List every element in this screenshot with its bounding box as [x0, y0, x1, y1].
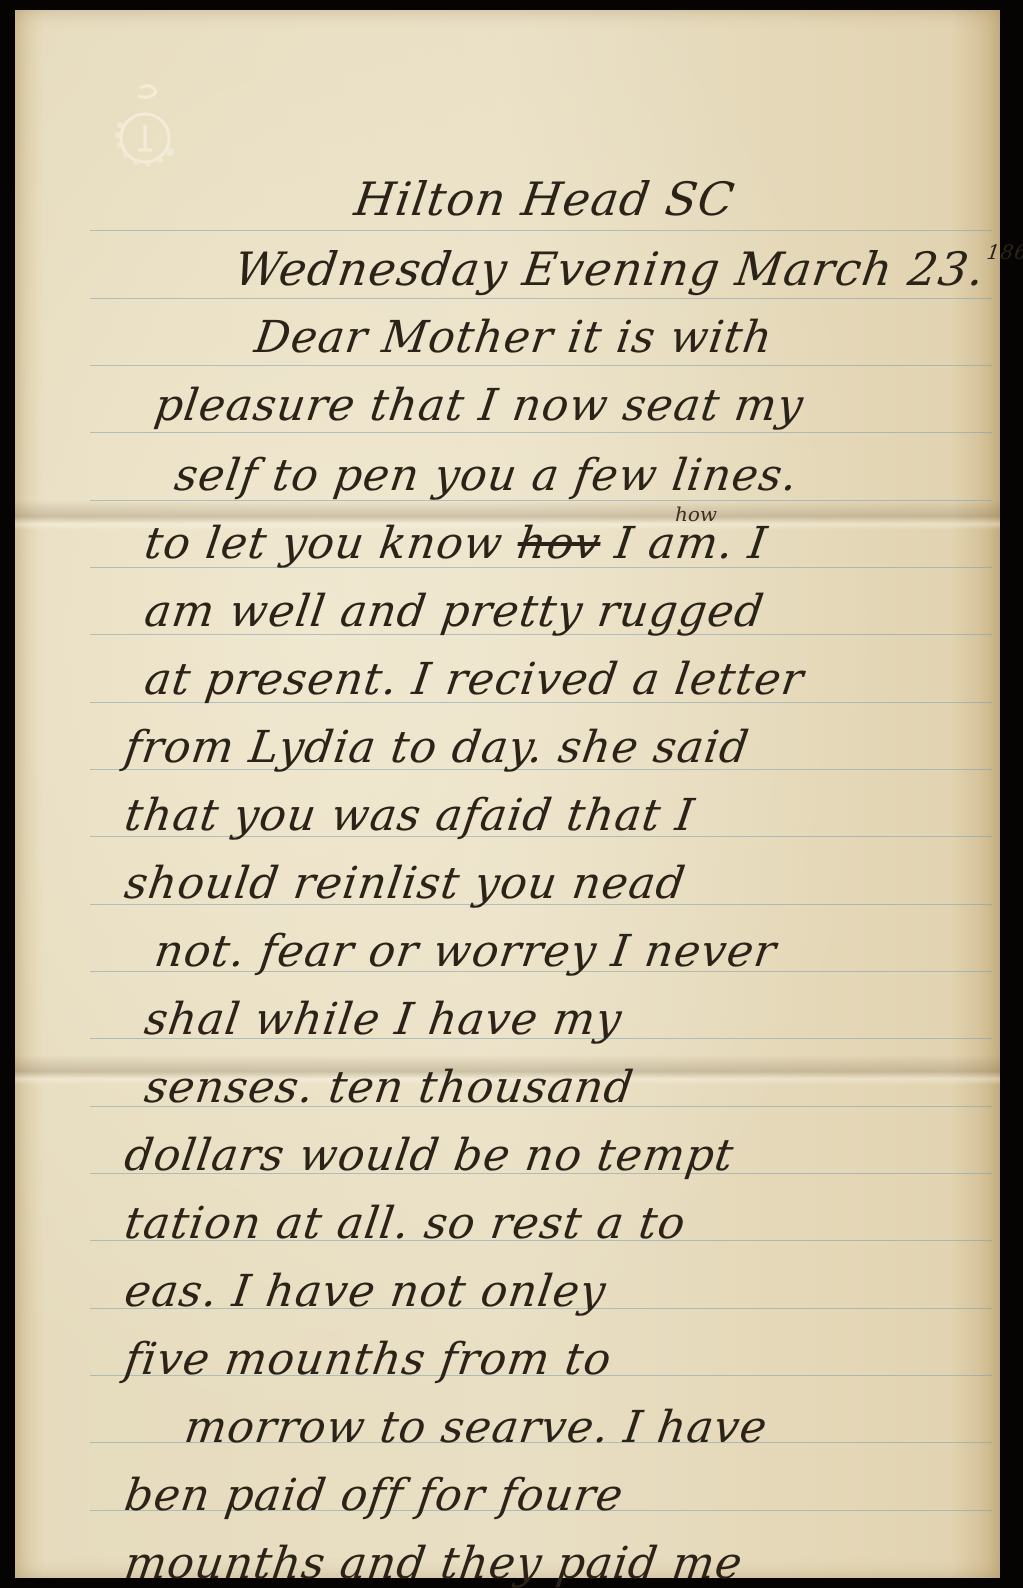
letter-line-text: to let you know: [141, 518, 506, 569]
letter-line: dollars would be no tempt: [121, 1130, 737, 1181]
letter-line: eas. I have not onley: [121, 1266, 609, 1317]
ruled-line: [90, 365, 992, 366]
letter-line: pleasure that I now seat my: [151, 380, 807, 431]
letter-line: shal while I have my: [141, 994, 625, 1045]
letter-date: Wednesday Evening March 23.: [231, 242, 988, 296]
letter-date-line: Wednesday Evening March 23.1864: [231, 242, 1023, 296]
letter-year: 1864: [985, 240, 1023, 264]
letter-line: am well and pretty rugged: [141, 586, 767, 637]
ruled-line: [90, 298, 992, 299]
letter-page: Hilton Head SC Wednesday Evening March 2…: [15, 10, 1000, 1578]
insertion-above-line: how: [675, 502, 717, 526]
embossed-seal-icon: [100, 80, 190, 180]
letter-line: tation at all. so rest a to: [121, 1198, 689, 1249]
letter-line: senses. ten thousand: [141, 1062, 637, 1113]
letter-line: mounths and they paid me: [121, 1538, 746, 1588]
letter-line: Dear Mother it is with: [251, 312, 775, 363]
letter-line: that you was afaid that I: [121, 790, 697, 841]
letter-line: from Lydia to day. she said: [121, 722, 752, 773]
letter-line: ben paid off for foure: [121, 1470, 626, 1521]
letter-line: morrow to searve. I have: [181, 1402, 770, 1453]
ruled-line: [90, 230, 992, 231]
letter-place-heading: Hilton Head SC: [351, 172, 738, 226]
ruled-line: [90, 432, 992, 433]
struck-word: hov: [514, 518, 604, 569]
letter-line: at present. I recived a letter: [141, 654, 807, 705]
letter-line: not. fear or worrey I never: [151, 926, 780, 977]
letter-line: should reinlist you nead: [121, 858, 688, 909]
letter-line: five mounths from to: [121, 1334, 615, 1385]
letter-line: self to pen you a few lines.: [171, 450, 801, 501]
